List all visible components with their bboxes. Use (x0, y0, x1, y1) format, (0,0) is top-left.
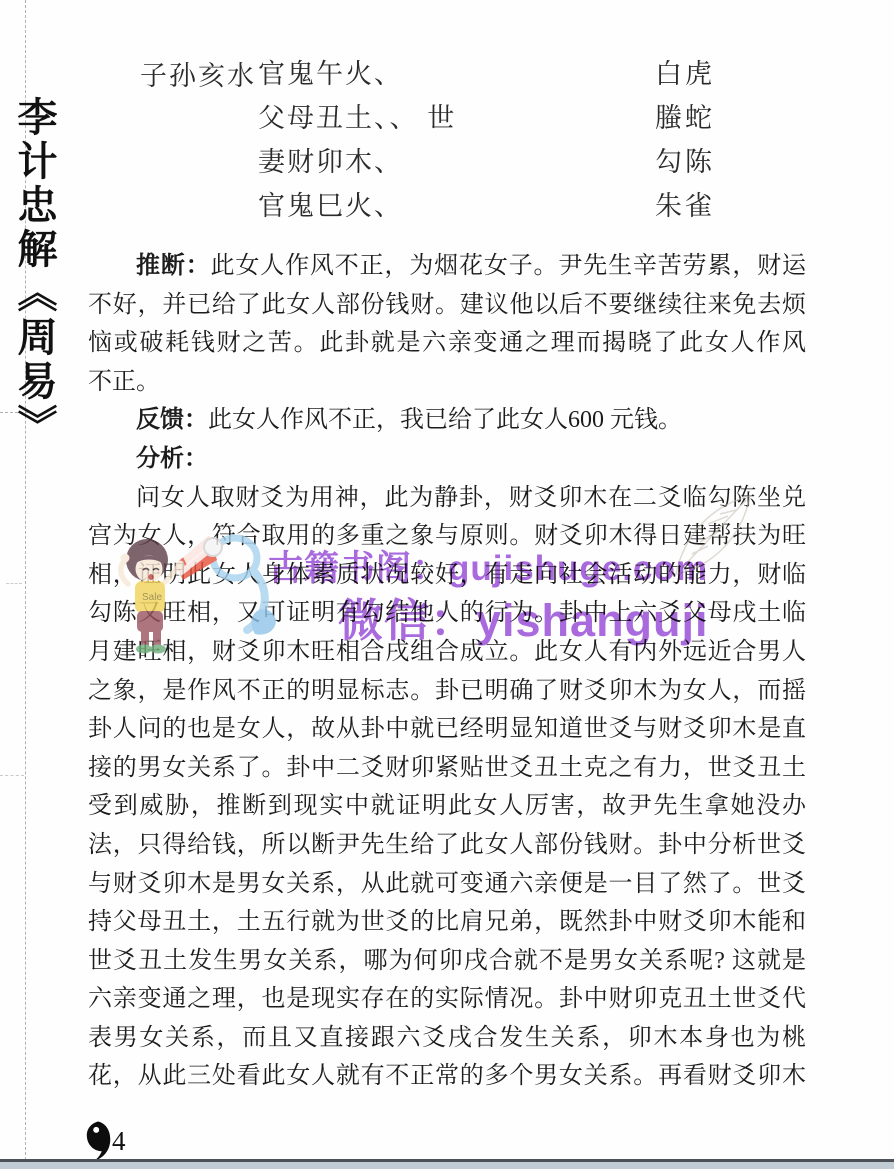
body-text-block: 推断：此女人作风不正，为烟花女子。尹先生辛苦劳累，财运 不好，并已给了此女人部份… (88, 247, 806, 1096)
hexagram-line-text: 父母丑土、、 世 (258, 96, 456, 135)
megaphone-icon (175, 533, 222, 580)
paragraph-label: 推断： (136, 253, 211, 279)
body-line: 反馈：此女人作风不正，我已给了此女人600 元钱。 (88, 401, 806, 440)
body-line: 表男女关系，而且又直接跟六爻戌合发生关系，卯木本身也为桃 (88, 1019, 806, 1058)
six-spirit-label: 勾陈 (655, 140, 715, 179)
body-line: 世爻丑土发生男女关系，哪为何卯戌合就不是男女关系呢? 这就是 (88, 942, 806, 981)
paragraph-label: 反馈： (136, 407, 208, 433)
hexagram-line-text: 官鬼巳火、 (258, 184, 403, 223)
body-line: 法，只得给钱，所以断尹先生给了此女人部份钱财。卦中分析世爻 (88, 826, 806, 865)
hexagram-row: 父母丑土、、 世 螣蛇 (140, 96, 780, 130)
body-line: 分析： (88, 440, 806, 479)
sidebar-book-title: 李计忠解《周易》 (6, 96, 63, 516)
body-line: 与财爻卯木是男女关系，从此就可变通六亲便是一目了然了。世爻 (88, 865, 806, 904)
six-spirit-label: 朱雀 (655, 184, 715, 223)
body-line: 之象，是作风不正的明显标志。卦已明确了财爻卯木为女人，而摇 (88, 672, 806, 711)
paragraph-label: 分析： (136, 446, 208, 472)
page-bottom-band (0, 1162, 894, 1169)
hexagram-row: 官鬼午火、 白虎 (140, 52, 780, 86)
fold-tick-mark (0, 775, 24, 776)
body-line: 卦人问的也是女人，故从卦中就已经明显知道世爻与财爻卯木是直 (88, 710, 806, 749)
body-line: 花，从此三处看此女人就有不正常的多个男女关系。再看财爻卯木 (88, 1057, 806, 1096)
hexagram-row: 官鬼巳火、 朱雀 (140, 184, 780, 218)
hexagram-line-text: 官鬼午火、 (258, 52, 403, 91)
scanned-book-page: 李计忠解《周易》 子孙亥水 官鬼午火、 白虎 父母丑土、、 世 螣蛇 妻财卯木、… (0, 0, 894, 1169)
body-line: 不好，并已给了此女人部份钱财。建议他以后不要继续往来免去烦 (88, 286, 806, 325)
page-number: 4 (112, 1126, 126, 1157)
body-line: 不正。 (88, 363, 806, 402)
mascot-shirt-label: Sale (142, 592, 162, 603)
body-line: 持父母丑土，土五行就为世爻的比肩兄弟，既然卦中财爻卯木能和 (88, 903, 806, 942)
taiji-comma-icon (86, 1120, 112, 1162)
body-line: 恼或破耗钱财之苦。此卦就是六亲变通之理而揭晓了此女人作风 (88, 324, 806, 363)
six-spirit-label: 螣蛇 (655, 96, 715, 135)
body-line: 受到威胁，推断到现实中就证明此女人厉害，故尹先生拿她没办 (88, 787, 806, 826)
fold-tick-mark (6, 583, 22, 584)
body-line: 六亲变通之理，也是现实存在的实际情况。卦中财卯克丑土世爻代 (88, 980, 806, 1019)
body-line: 推断：此女人作风不正，为烟花女子。尹先生辛苦劳累，财运 (88, 247, 806, 286)
six-spirit-label: 白虎 (655, 52, 715, 91)
hexagram-table: 子孙亥水 官鬼午火、 白虎 父母丑土、、 世 螣蛇 妻财卯木、 勾陈 官鬼巳火、… (140, 52, 780, 232)
body-line: 接的男女关系了。卦中二爻财卯紧贴世爻丑土克之有力，世爻丑土 (88, 749, 806, 788)
site-watermark-line2: 微信：yishanguji (338, 584, 709, 649)
mascot-girl: Sale (121, 539, 185, 654)
hexagram-line-text: 妻财卯木、 (258, 140, 403, 179)
hexagram-row: 妻财卯木、 勾陈 (140, 140, 780, 174)
